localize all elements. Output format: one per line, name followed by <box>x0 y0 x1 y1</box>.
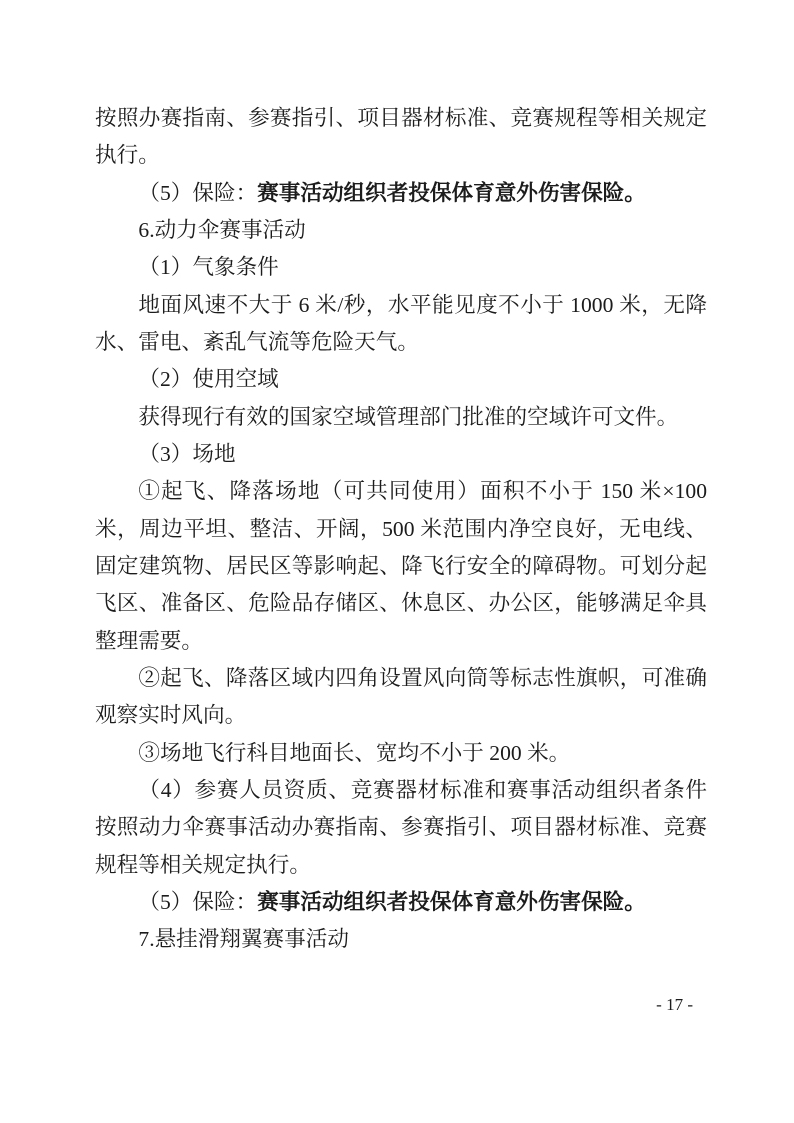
text-line: ②起飞、降落区域内四角设置风向筒等标志性旗帜，可准确 <box>95 660 707 697</box>
text-line-insurance: （5）保险：赛事活动组织者投保体育意外伤害保险。 <box>95 884 707 921</box>
text-line: 按照动力伞赛事活动办赛指南、参赛指引、项目器材标准、竞赛 <box>95 809 707 846</box>
text-line: 按照办赛指南、参赛指引、项目器材标准、竞赛规程等相关规定 <box>95 100 707 137</box>
text-line: 米，周边平坦、整洁、开阔，500 米范围内净空良好，无电线、 <box>95 511 707 548</box>
text-line: 地面风速不大于 6 米/秒，水平能见度不小于 1000 米，无降 <box>95 287 707 324</box>
text-line: （3）场地 <box>95 436 707 473</box>
text-line: 规程等相关规定执行。 <box>95 847 707 884</box>
text-line: 执行。 <box>95 137 707 174</box>
page-number: - 17 - <box>95 993 707 1017</box>
text-line: 获得现行有效的国家空域管理部门批准的空域许可文件。 <box>95 399 707 436</box>
insurance-bold-text: 赛事活动组织者投保体育意外伤害保险。 <box>257 181 646 205</box>
text-line: （2）使用空域 <box>95 361 707 398</box>
text-line: 飞区、准备区、危险品存储区、休息区、办公区，能够满足伞具 <box>95 585 707 622</box>
text-line: 固定建筑物、居民区等影响起、降飞行安全的障碍物。可划分起 <box>95 548 707 585</box>
text-line-insurance: （5）保险：赛事活动组织者投保体育意外伤害保险。 <box>95 175 707 212</box>
text-line: 整理需要。 <box>95 623 707 660</box>
clause-label: （5）保险： <box>138 181 257 205</box>
text-line: 水、雷电、紊乱气流等危险天气。 <box>95 324 707 361</box>
document-page: 按照办赛指南、参赛指引、项目器材标准、竞赛规程等相关规定 执行。 （5）保险：赛… <box>0 0 794 1123</box>
text-line: ①起飞、降落场地（可共同使用）面积不小于 150 米×100 <box>95 473 707 510</box>
text-line: （1）气象条件 <box>95 249 707 286</box>
text-line: ③场地飞行科目地面长、宽均不小于 200 米。 <box>95 735 707 772</box>
document-body: 按照办赛指南、参赛指引、项目器材标准、竞赛规程等相关规定 执行。 （5）保险：赛… <box>95 100 707 959</box>
section-heading-6: 6.动力伞赛事活动 <box>95 212 707 249</box>
section-heading-7: 7.悬挂滑翔翼赛事活动 <box>95 921 707 958</box>
text-line: （4）参赛人员资质、竞赛器材标准和赛事活动组织者条件 <box>95 772 707 809</box>
insurance-bold-text: 赛事活动组织者投保体育意外伤害保险。 <box>257 890 646 914</box>
clause-label: （5）保险： <box>138 890 257 914</box>
text-line: 观察实时风向。 <box>95 697 707 734</box>
